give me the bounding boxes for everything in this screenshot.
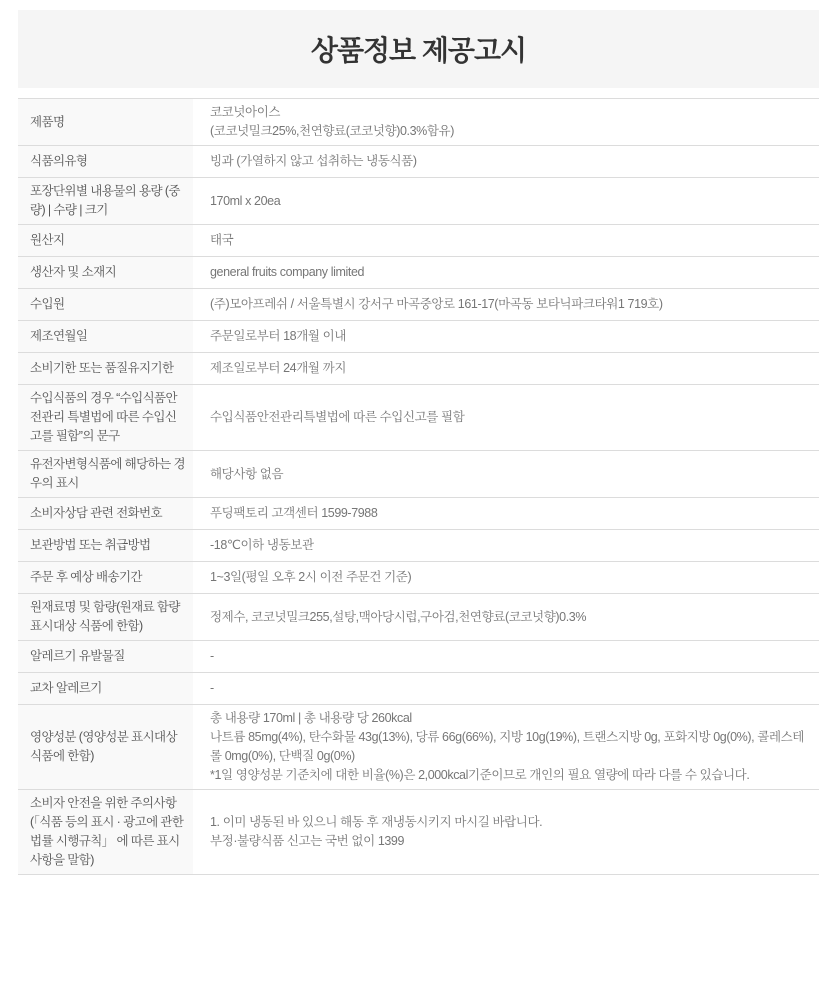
row-label: 제품명 — [18, 99, 193, 146]
row-value: 주문일로부터 18개월 이내 — [193, 321, 819, 353]
table-row-manufacturer: 생산자 및 소재지 general fruits company limited — [18, 257, 819, 289]
row-value: - — [193, 673, 819, 705]
table-row-ingredients: 원재료명 및 함량(원재료 함량 표시대상 식품에 한함) 정제수, 코코넛밀크… — [18, 594, 819, 641]
table-row-allergens: 알레르기 유발물질 - — [18, 641, 819, 673]
row-value: 1~3일(평일 오후 2시 이전 주문건 기준) — [193, 562, 819, 594]
table-row-origin: 원산지 태국 — [18, 225, 819, 257]
product-info-table: 제품명 코코넛아이스 (코코넛밀크25%,천연향료(코코넛향)0.3%함유) 식… — [18, 98, 819, 875]
row-label: 알레르기 유발물질 — [18, 641, 193, 673]
row-label: 소비자상담 관련 전화번호 — [18, 498, 193, 530]
table-row-nutrition: 영양성분 (영양성분 표시대상 식품에 한함) 총 내용량 170ml | 총 … — [18, 705, 819, 790]
row-label: 주문 후 예상 배송기간 — [18, 562, 193, 594]
table-row-delivery-period: 주문 후 예상 배송기간 1~3일(평일 오후 2시 이전 주문건 기준) — [18, 562, 819, 594]
row-value: 코코넛아이스 (코코넛밀크25%,천연향료(코코넛향)0.3%함유) — [193, 99, 819, 146]
table-row-import-declaration: 수입식품의 경우 “수입식품안전관리 특별법에 따른 수입신고를 필함”의 문구… — [18, 385, 819, 451]
row-label: 수입식품의 경우 “수입식품안전관리 특별법에 따른 수입신고를 필함”의 문구 — [18, 385, 193, 451]
page-title: 상품정보 제공고시 — [311, 29, 526, 69]
row-label: 유전자변형식품에 해당하는 경우의 표시 — [18, 451, 193, 498]
row-value: 태국 — [193, 225, 819, 257]
row-value: 해당사항 없음 — [193, 451, 819, 498]
product-info-page: 상품정보 제공고시 제품명 코코넛아이스 (코코넛밀크25%,천연향료(코코넛향… — [0, 0, 838, 887]
table-row-package-volume: 포장단위별 내용물의 용량 (중량) | 수량 | 크기 170ml x 20e… — [18, 178, 819, 225]
row-label: 포장단위별 내용물의 용량 (중량) | 수량 | 크기 — [18, 178, 193, 225]
row-label: 원재료명 및 함량(원재료 함량 표시대상 식품에 한함) — [18, 594, 193, 641]
row-value: -18℃이하 냉동보관 — [193, 530, 819, 562]
row-label: 영양성분 (영양성분 표시대상 식품에 한함) — [18, 705, 193, 790]
table-row-manufacture-date: 제조연월일 주문일로부터 18개월 이내 — [18, 321, 819, 353]
table-row-product-name: 제품명 코코넛아이스 (코코넛밀크25%,천연향료(코코넛향)0.3%함유) — [18, 99, 819, 146]
row-value: general fruits company limited — [193, 257, 819, 289]
table-row-storage-method: 보관방법 또는 취급방법 -18℃이하 냉동보관 — [18, 530, 819, 562]
row-label: 원산지 — [18, 225, 193, 257]
row-value: 170ml x 20ea — [193, 178, 819, 225]
table-row-cross-allergy: 교차 알레르기 - — [18, 673, 819, 705]
table-row-consumer-safety-notice: 소비자 안전을 위한 주의사항 (「식품 등의 표시 · 광고에 관한 법률 시… — [18, 790, 819, 875]
row-value: 정제수, 코코넛밀크255,설탕,맥아당시럽,구아검,천연향료(코코넛향)0.3… — [193, 594, 819, 641]
page-header: 상품정보 제공고시 — [18, 10, 819, 88]
row-value: 1. 이미 냉동된 바 있으니 해동 후 재냉동시키지 마시길 바랍니다. 부정… — [193, 790, 819, 875]
table-row-importer: 수입원 (주)모아프레쉬 / 서울특별시 강서구 마곡중앙로 161-17(마곡… — [18, 289, 819, 321]
row-value: 푸딩팩토리 고객센터 1599-7988 — [193, 498, 819, 530]
row-value: 제조일로부터 24개월 까지 — [193, 353, 819, 385]
row-value: (주)모아프레쉬 / 서울특별시 강서구 마곡중앙로 161-17(마곡동 보타… — [193, 289, 819, 321]
row-label: 소비자 안전을 위한 주의사항 (「식품 등의 표시 · 광고에 관한 법률 시… — [18, 790, 193, 875]
row-value: 총 내용량 170ml | 총 내용량 당 260kcal 나트륨 85mg(4… — [193, 705, 819, 790]
row-label: 식품의유형 — [18, 146, 193, 178]
row-value: - — [193, 641, 819, 673]
row-value: 빙과 (가열하지 않고 섭취하는 냉동식품) — [193, 146, 819, 178]
table-row-gmo: 유전자변형식품에 해당하는 경우의 표시 해당사항 없음 — [18, 451, 819, 498]
table-row-shelf-life: 소비기한 또는 품질유지기한 제조일로부터 24개월 까지 — [18, 353, 819, 385]
row-label: 소비기한 또는 품질유지기한 — [18, 353, 193, 385]
row-label: 제조연월일 — [18, 321, 193, 353]
row-label: 보관방법 또는 취급방법 — [18, 530, 193, 562]
row-label: 수입원 — [18, 289, 193, 321]
table-row-food-type: 식품의유형 빙과 (가열하지 않고 섭취하는 냉동식품) — [18, 146, 819, 178]
row-label: 생산자 및 소재지 — [18, 257, 193, 289]
table-row-customer-service-phone: 소비자상담 관련 전화번호 푸딩팩토리 고객센터 1599-7988 — [18, 498, 819, 530]
row-label: 교차 알레르기 — [18, 673, 193, 705]
row-value: 수입식품안전관리특별법에 따른 수입신고를 필함 — [193, 385, 819, 451]
